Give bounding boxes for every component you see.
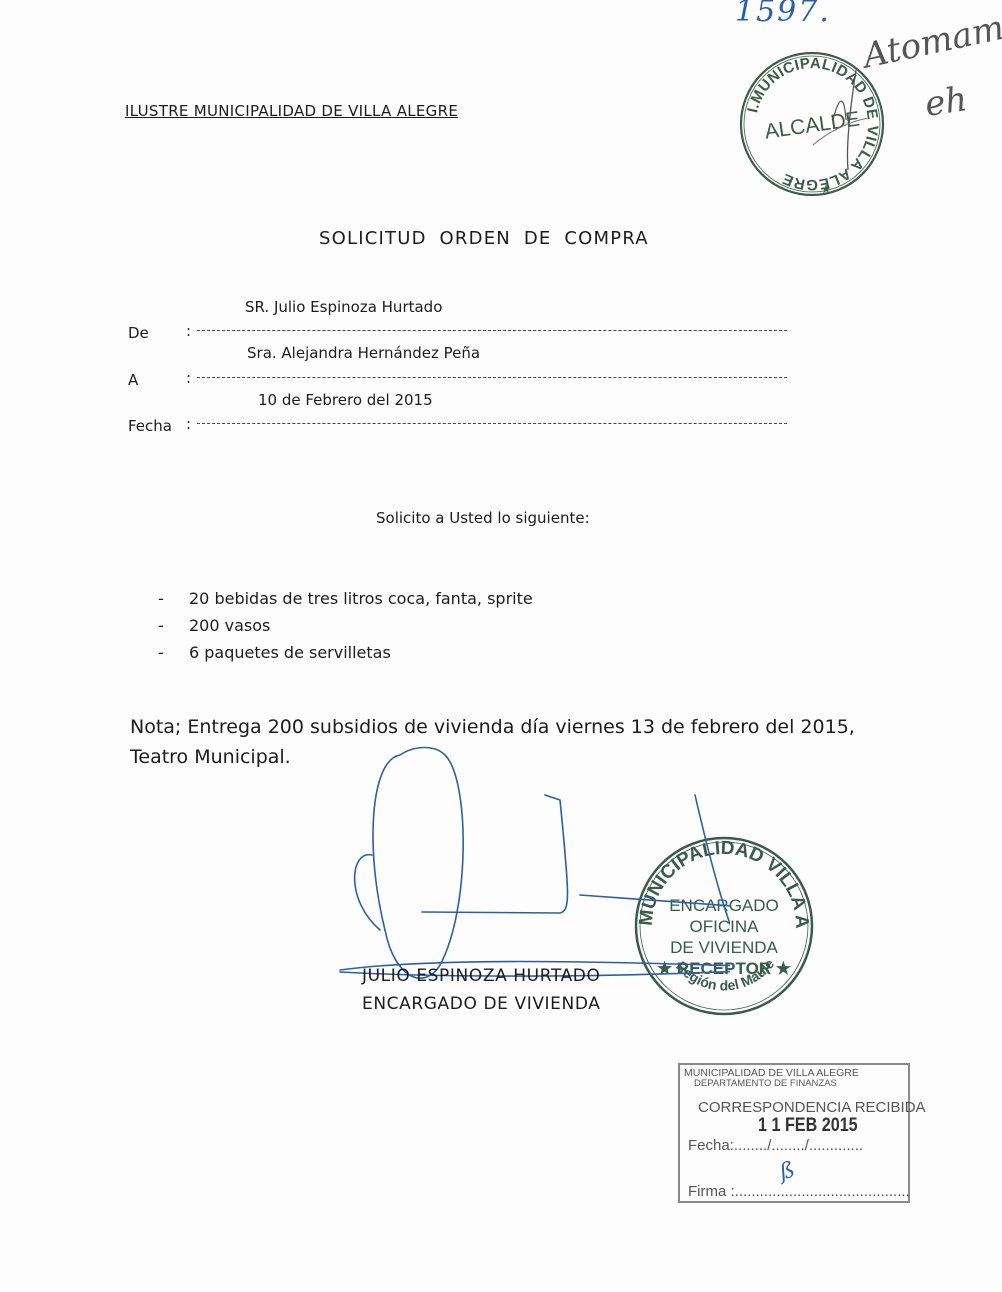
request-intro: Solicito a Usted lo siguiente: [376,509,590,527]
signer-name: JULIO ESPINOZA HURTADO [362,966,600,986]
from-dashed-rule [197,330,787,331]
finance-stamp-initials: ß [777,1158,798,1186]
alcalde-stamp: I.MUNICIPALIDAD DE VILLA ALEGRE ALCALDE … [738,50,886,198]
items-list: - 20 bebidas de tres litros coca, fanta,… [158,585,533,666]
list-item: - 20 bebidas de tres litros coca, fanta,… [158,585,533,612]
bullet: - [158,639,189,666]
to-label: A [128,371,138,389]
bullet: - [158,585,189,612]
list-item: - 6 paquetes de servilletas [158,639,533,666]
star-icon: ★ [821,182,832,196]
note-line-2: Teatro Municipal. [130,746,291,768]
to-colon: : [186,369,191,387]
document-title: SOLICITUD ORDEN DE COMPRA [319,228,649,249]
alcalde-stamp-center-text: ALCALDE [763,107,861,143]
from-value: SR. Julio Espinoza Hurtado [245,298,442,316]
finance-stamp-date: 1 1 FEB 2015 [758,1115,858,1137]
to-value: Sra. Alejandra Hernández Peña [247,344,480,362]
institution-header: ILUSTRE MUNICIPALIDAD DE VILLA ALEGRE [125,102,458,120]
item-text: 200 vasos [189,612,270,639]
bullet: - [158,612,189,639]
finance-stamp-fecha: Fecha:......../......../............. [688,1137,863,1154]
date-label: Fecha [128,417,172,435]
from-colon: : [186,322,191,340]
note-line-1: Nota; Entrega 200 subsidios de vivienda … [130,716,855,738]
to-dashed-rule [197,377,787,378]
handwritten-note-initials: eh [922,79,969,124]
file-number-annotation: 1597. [735,0,831,29]
date-value: 10 de Febrero del 2015 [258,391,433,409]
list-item: - 200 vasos [158,612,533,639]
signer-role: ENCARGADO DE VIVIENDA [362,994,600,1014]
finance-stamp-firma: Firma :.................................… [688,1183,910,1200]
finance-stamp-dept: DEPARTAMENTO DE FINANZAS [694,1078,837,1089]
date-colon: : [186,415,191,433]
signature [330,740,730,1000]
item-text: 6 paquetes de servilletas [189,639,391,666]
finance-stamp-title: CORRESPONDENCIA RECIBIDA [698,1099,926,1116]
date-dashed-rule [197,423,787,424]
finance-received-stamp: MUNICIPALIDAD DE VILLA ALEGRE DEPARTAMEN… [678,1063,910,1203]
from-label: De [128,324,149,342]
item-text: 20 bebidas de tres litros coca, fanta, s… [189,585,533,612]
